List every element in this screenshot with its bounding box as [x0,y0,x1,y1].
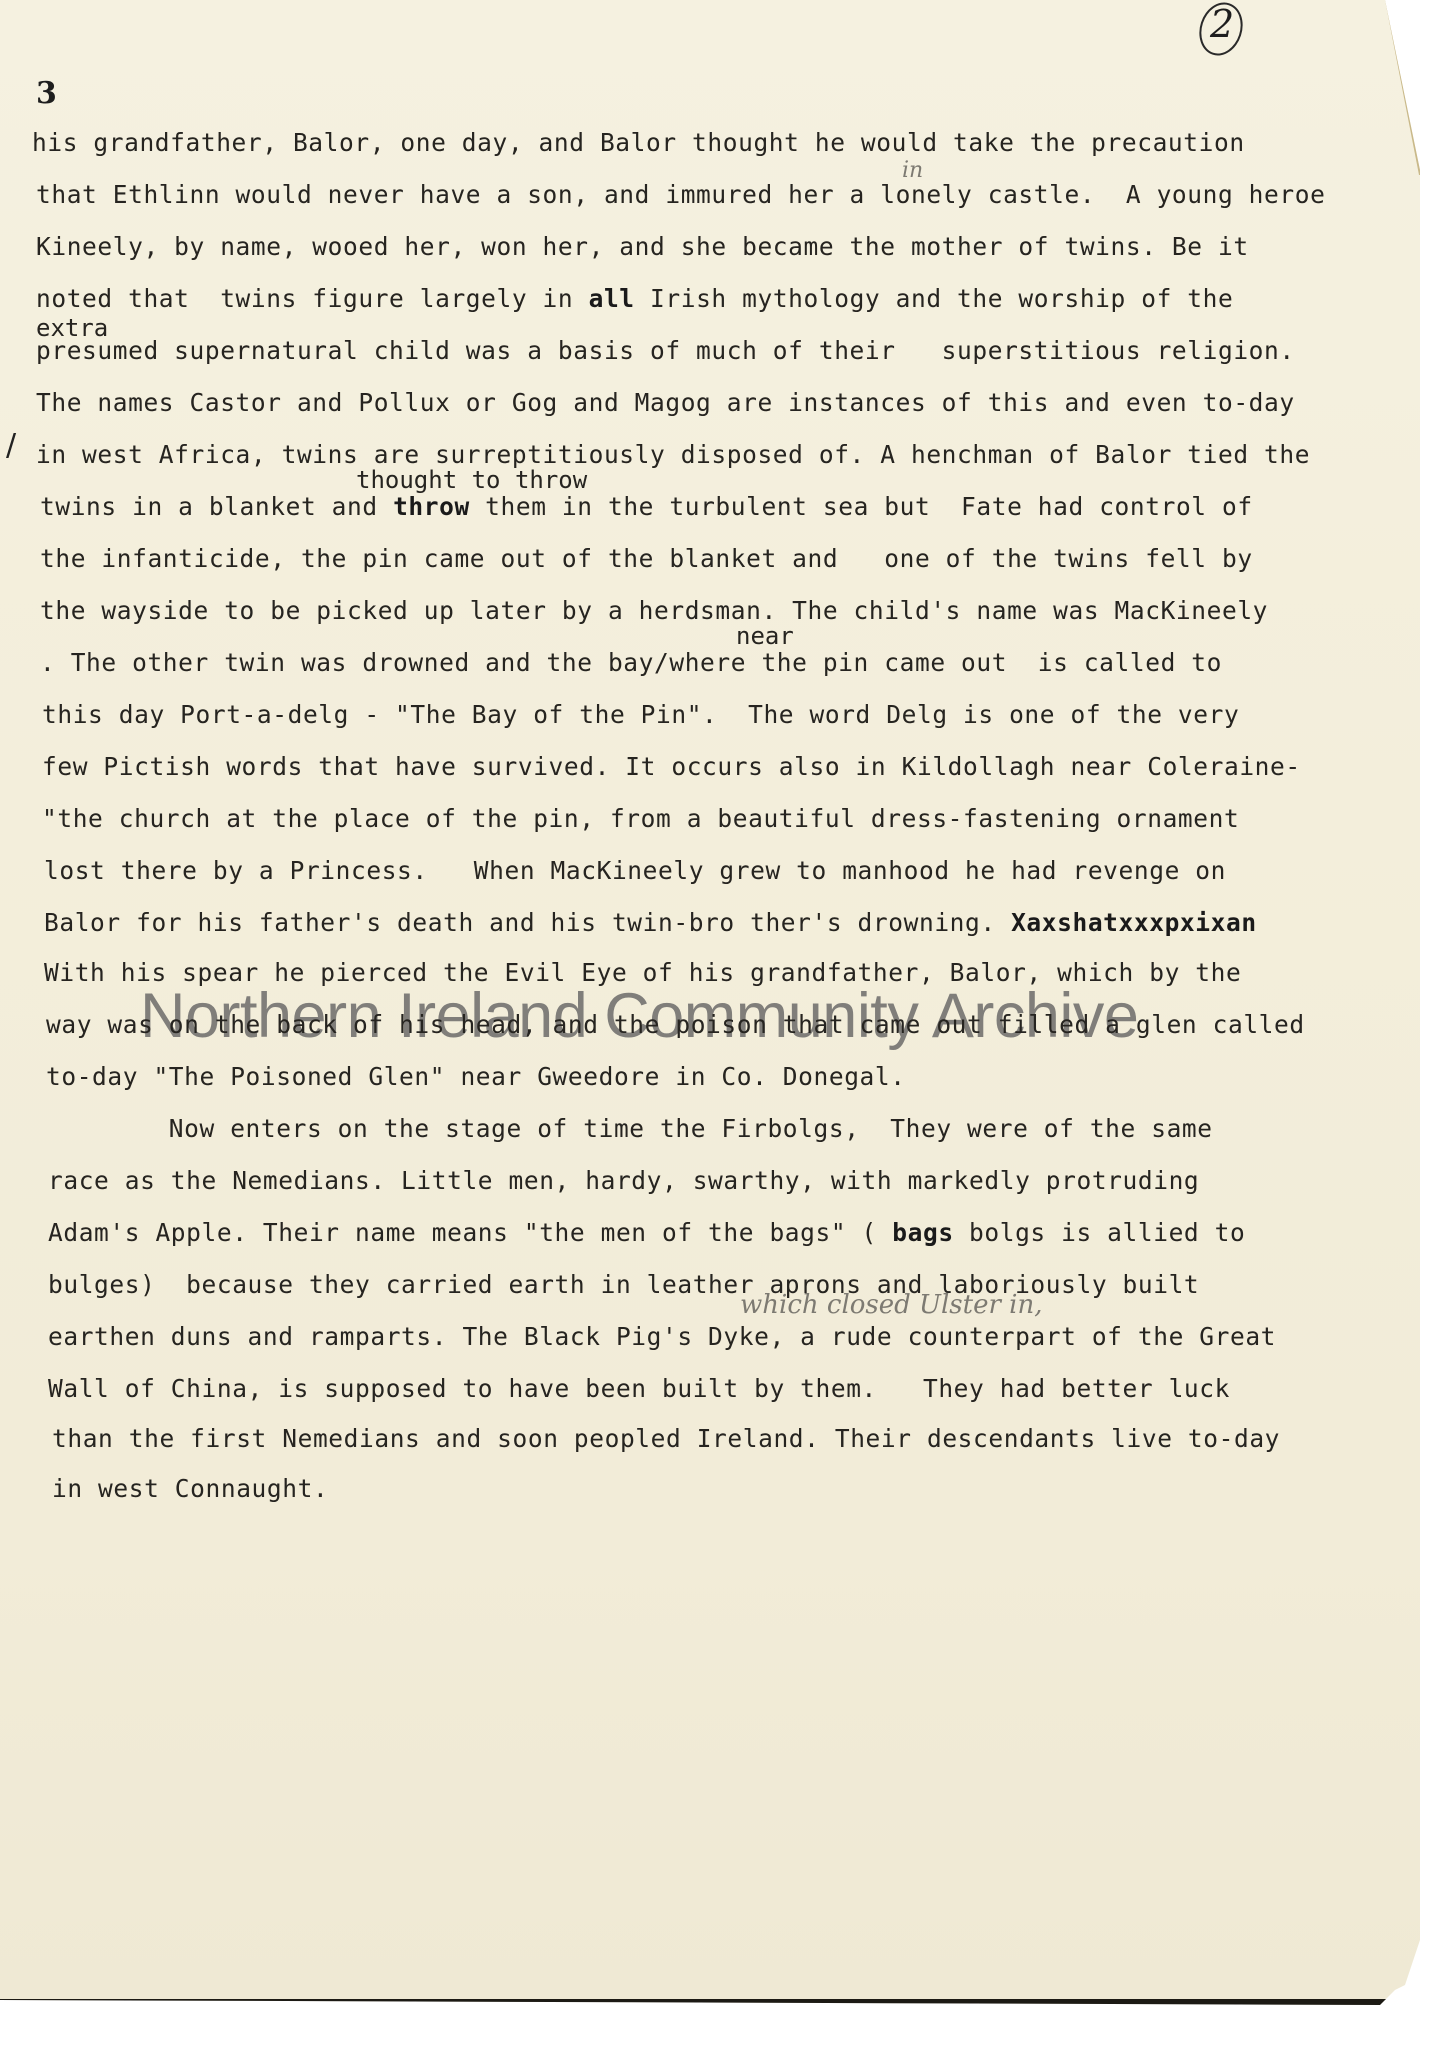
text-line: in west Connaught. [52,1474,328,1503]
struck-out-word: all [589,284,635,313]
text-line: Balor for his father's death and his twi… [44,908,1257,937]
text-line: in west Africa, twins are surreptitiousl… [36,440,1310,469]
text-line: the wayside to be picked up later by a h… [40,596,1268,625]
text-line: earthen duns and ramparts. The Black Pig… [48,1322,1276,1351]
text-line: "the church at the place of the pin, fro… [42,804,1239,833]
struck-out-word: throw [393,492,470,521]
folded-corner [1385,0,1422,175]
text-line: race as the Nemedians. Little men, hardy… [48,1166,1199,1195]
text-line: lost there by a Princess. When MacKineel… [44,856,1226,885]
text-line: that Ethlinn would never have a son, and… [36,180,1325,209]
margin-mark: / [6,428,16,463]
text-line: this day Port-a-delg - "The Bay of the P… [42,700,1239,729]
text-line: way was on the back of his head, and the… [46,1010,1305,1039]
text-line: Adam's Apple. Their name means "the men … [48,1218,1245,1247]
text-line: few Pictish words that have survived. It… [42,752,1301,781]
typewritten-page: 2 3 his grandfather, Balor, one day, and… [0,0,1420,2005]
text-line: the infanticide, the pin came out of the… [40,544,1253,573]
text-line: Wall of China, is supposed to have been … [48,1374,1230,1403]
typed-page-number: 3 [36,76,57,111]
text-line: presumed supernatural child was a basis … [36,336,1295,365]
handwritten-page-number: 2 [1210,2,1234,46]
typed-insertion-thought-to-throw: thought to throw [356,466,587,494]
text-line: than the first Nemedians and soon people… [52,1424,1280,1453]
text-line: twins in a blanket and throw them in the… [40,492,1253,521]
handwritten-insertion-ulster: which closed Ulster in, [740,1290,1042,1320]
text-line: his grandfather, Balor, one day, and Bal… [32,128,1245,157]
text-line: noted that twins figure largely in all I… [36,284,1233,313]
text-line: Kineely, by name, wooed her, won her, an… [36,232,1249,261]
text-line: Now enters on the stage of time the Firb… [46,1114,1213,1143]
struck-out-word: bags [892,1218,953,1247]
text-line: to-day "The Poisoned Glen" near Gweedore… [46,1062,906,1091]
typed-insertion-near: near [736,622,794,650]
struck-out-text: Xaxshatxxxpxixan [1011,908,1257,937]
text-line: . The other twin was drowned and the bay… [40,648,1222,677]
text-line: The names Castor and Pollux or Gog and M… [36,388,1295,417]
